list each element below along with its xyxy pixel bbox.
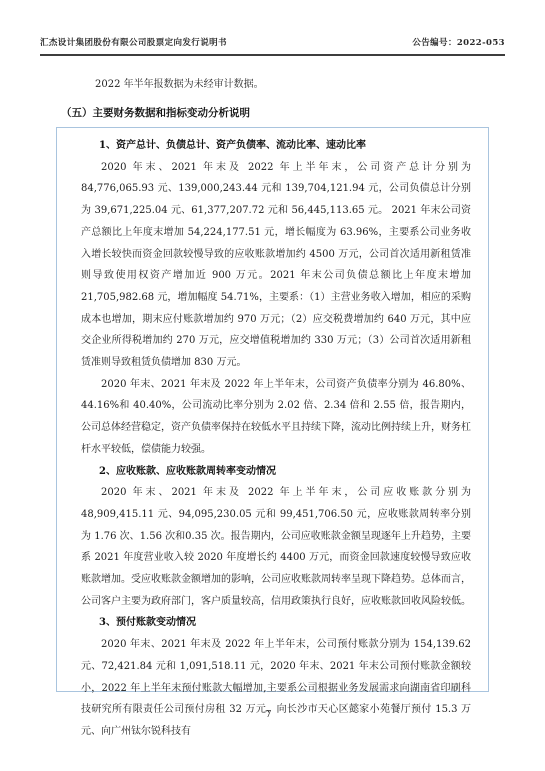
document-page: 汇杰设计集团股份有限公司股票定向发行说明书 公告编号：2022-053 2022… [0, 0, 545, 771]
subsection-1-paragraph-2: 2020 年末、2021 年末及 2022 年上半年末，公司资产负债率分别为 4… [81, 374, 471, 461]
page-header: 汇杰设计集团股份有限公司股票定向发行说明书 公告编号：2022-053 [40, 36, 505, 56]
subsection-1-paragraph-1: 2020 年末、2021 年末及 2022 年上半年末，公司资产总计分别为 84… [81, 157, 471, 374]
subsection-2-paragraph-1: 2020 年末、2021 年末及 2022 年上半年末，公司应收账款分别为 48… [81, 482, 471, 612]
subsection-3-paragraph-1: 2020 年末、2021 年末及 2022 年上半年末，公司预付账款分别为 15… [81, 634, 471, 743]
header-announcement-number: 公告编号：2022-053 [412, 36, 505, 48]
header-document-title: 汇杰设计集团股份有限公司股票定向发行说明书 [40, 36, 227, 48]
subsection-1-heading: 1、资产总计、负债总计、资产负债率、流动比率、速动比率 [81, 135, 471, 157]
subsection-2-heading: 2、应收账款、应收账款周转率变动情况 [81, 461, 471, 483]
financial-analysis-box: 1、资产总计、负债总计、资产负债率、流动比率、速动比率 2020 年末、2021… [56, 127, 489, 692]
subsection-3-heading: 3、预付账款变动情况 [81, 612, 471, 634]
unaudited-data-note: 2022 年半年报数据为未经审计数据。 [75, 78, 485, 92]
page-number: 7 [0, 709, 537, 720]
section-heading: （五）主要财务数据和指标变动分析说明 [61, 105, 495, 120]
